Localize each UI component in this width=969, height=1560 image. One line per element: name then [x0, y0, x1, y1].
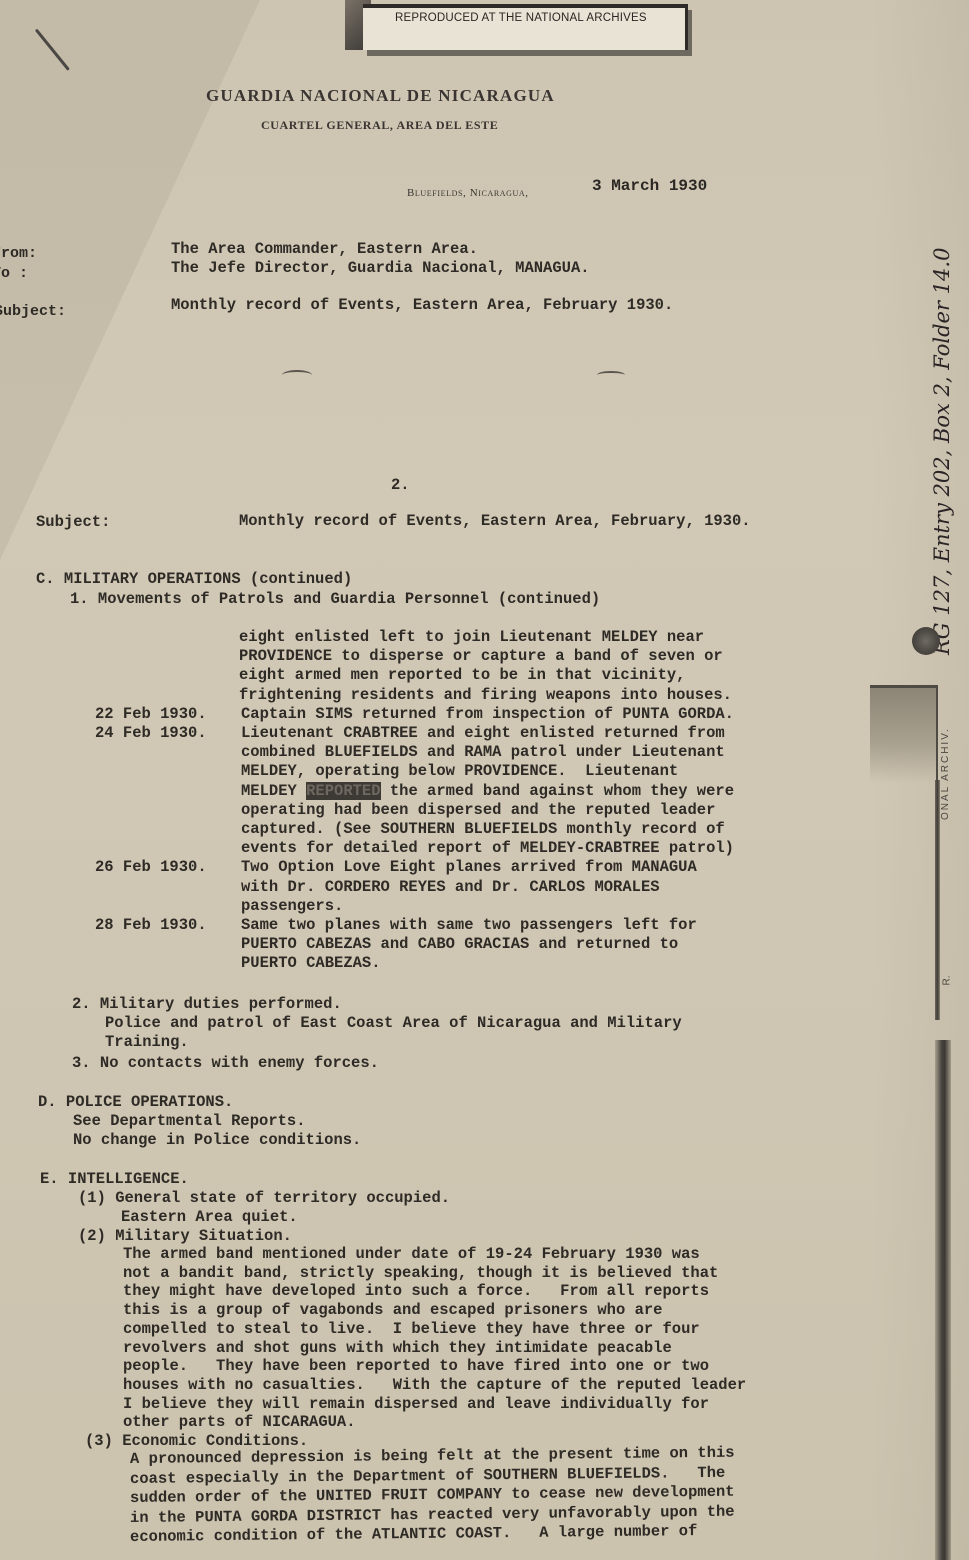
entry-date: 24 Feb 1930. — [95, 724, 207, 743]
section-c-item3: 3. No contacts with enemy forces. — [72, 1054, 379, 1073]
letter-date: 3 March 1930 — [592, 177, 707, 195]
section-e-sub1-heading: (1) General state of territory occupied. — [78, 1189, 450, 1208]
paragraph-line: this is a group of vagabonds and escaped… — [123, 1301, 663, 1320]
entry-line: Captain SIMS returned from inspection of… — [241, 705, 734, 724]
edge-stamp: ONAL ARCHIV. — [940, 700, 954, 820]
entry-line: eight armed men reported to be in that v… — [239, 666, 685, 685]
document-page: REPRODUCED AT THE NATIONAL ARCHIVES GUAR… — [0, 0, 969, 1560]
letterhead-place: Bluefields, Nicaragua, — [407, 187, 529, 199]
entry-line: events for detailed report of MELDEY-CRA… — [241, 839, 734, 858]
entry-line: combined BLUEFIELDS and RAMA patrol unde… — [241, 743, 725, 762]
entry-date: 26 Feb 1930. — [95, 858, 207, 877]
edge-stamp-text: ONAL ARCHIV. — [940, 727, 951, 820]
paragraph-line: houses with no casualties. With the capt… — [123, 1376, 746, 1395]
entry-line: PROVIDENCE to disperse or capture a band… — [239, 647, 723, 666]
paragraph-line: they might have developed into such a fo… — [123, 1282, 709, 1301]
subject-value: Monthly record of Events, Eastern Area, … — [171, 296, 673, 315]
section-e-sub2-heading: (2) Military Situation. — [78, 1227, 292, 1246]
entry-line: operating had been dispersed and the rep… — [241, 801, 715, 820]
paragraph-line: The armed band mentioned under date of 1… — [123, 1245, 700, 1264]
entry-line: captured. (See SOUTHERN BLUEFIELDS month… — [241, 820, 725, 839]
entry-line: with Dr. CORDERO REYES and Dr. CARLOS MO… — [241, 878, 660, 897]
from-label: From: — [0, 245, 37, 262]
entry-date: 22 Feb 1930. — [95, 705, 207, 724]
struck-word: REPORTED — [306, 782, 380, 800]
section-d-line: No change in Police conditions. — [73, 1131, 361, 1150]
entry-line: frightening residents and firing weapons… — [239, 686, 732, 705]
entry-line: PUERTO CABEZAS and CABO GRACIAS and retu… — [241, 935, 678, 954]
paragraph-line: compelled to steal to live. I believe th… — [123, 1320, 700, 1339]
subject-label: Subject: — [0, 303, 66, 320]
page2-subject-label: Subject: — [36, 513, 110, 532]
paper-fold-shadow — [0, 0, 260, 560]
entry-line: eight enlisted left to join Lieutenant M… — [239, 628, 704, 647]
section-c-item2-line: Training. — [105, 1033, 189, 1052]
section-d-heading: D. POLICE OPERATIONS. — [38, 1093, 233, 1112]
section-e-heading: E. INTELLIGENCE. — [40, 1170, 189, 1189]
entry-line: Lieutenant CRABTREE and eight enlisted r… — [241, 724, 725, 743]
section-d-line: See Departmental Reports. — [73, 1112, 306, 1131]
underlying-page-edge-line-lower — [935, 1040, 951, 1560]
archival-note: RG 127, Entry 202, Box 2, Folder 14.0 — [930, 135, 960, 655]
entry-line: PUERTO CABEZAS. — [241, 954, 381, 973]
to-value: The Jefe Director, Guardia Nacional, MAN… — [171, 259, 590, 278]
section-c-item1-heading: 1. Movements of Patrols and Guardia Pers… — [70, 590, 600, 609]
entry-line: Same two planes with same two passengers… — [241, 916, 697, 935]
section-e-sub1-line: Eastern Area quiet. — [121, 1208, 298, 1227]
entry-date: 28 Feb 1930. — [95, 916, 207, 935]
punch-hole-icon — [912, 627, 940, 655]
archival-note-text: RG 127, Entry 202, Box 2, Folder 14.0 — [930, 248, 954, 655]
to-label: To : — [0, 265, 28, 282]
entry-line: MELDEY, operating below PROVIDENCE. Lieu… — [241, 762, 678, 781]
edge-stamp-letter: R. — [942, 976, 953, 986]
pencil-mark — [282, 370, 312, 380]
paragraph-line: I believe they will remain dispersed and… — [123, 1395, 709, 1414]
letterhead-subheading: CUARTEL GENERAL, AREA DEL ESTE — [261, 118, 498, 133]
page2-subject-value: Monthly record of Events, Eastern Area, … — [239, 512, 751, 531]
entry-line: MELDEY REPORTED the armed band against w… — [241, 782, 734, 801]
section-c-item2-heading: 2. Military duties performed. — [72, 995, 342, 1014]
entry-line: Two Option Love Eight planes arrived fro… — [241, 858, 697, 877]
paragraph-line: people. They have been reported to have … — [123, 1357, 709, 1376]
underlying-page-edge — [870, 685, 938, 783]
stamp-text: REPRODUCED AT THE NATIONAL ARCHIVES — [395, 12, 647, 24]
pencil-mark — [597, 371, 625, 379]
from-value: The Area Commander, Eastern Area. — [171, 240, 478, 259]
stamp-frame — [363, 4, 688, 50]
paragraph-line: not a bandit band, strictly speaking, th… — [123, 1264, 718, 1283]
archives-stamp: REPRODUCED AT THE NATIONAL ARCHIVES — [345, 0, 687, 58]
section-c-item2-line: Police and patrol of East Coast Area of … — [105, 1014, 682, 1033]
paragraph-line: other parts of NICARAGUA. — [123, 1413, 356, 1432]
paragraph-line: revolvers and shot guns with which they … — [123, 1339, 672, 1358]
letterhead-organization: GUARDIA NACIONAL DE NICARAGUA — [206, 86, 555, 106]
entry-line: passengers. — [241, 897, 343, 916]
page-number: 2. — [391, 476, 410, 495]
section-c-heading: C. MILITARY OPERATIONS (continued) — [36, 570, 352, 589]
